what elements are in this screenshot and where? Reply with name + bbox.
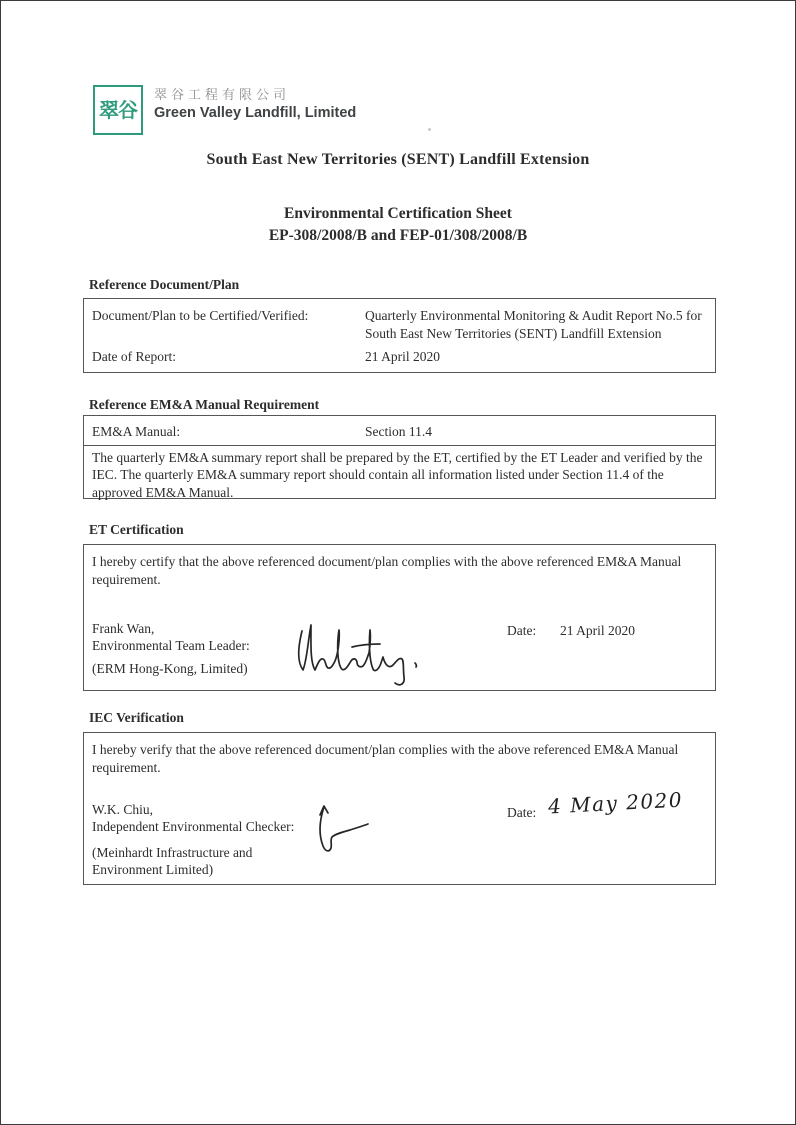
section-heading-reference-document: Reference Document/Plan <box>89 277 239 293</box>
emna-manual-value: Section 11.4 <box>365 423 707 441</box>
iec-verification-statement: I hereby verify that the above reference… <box>92 741 714 776</box>
reference-document-table: Document/Plan to be Certified/Verified: … <box>83 298 716 373</box>
company-name-en: Green Valley Landfill, Limited <box>154 104 356 123</box>
company-name-zh: 翠谷工程有限公司 <box>154 88 356 104</box>
green-valley-logo-icon: 翠谷 <box>93 85 143 135</box>
document-plan-label: Document/Plan to be Certified/Verified: <box>92 307 362 325</box>
company-logo: 翠谷 翠谷工程有限公司 Green Valley Landfill, Limit… <box>93 85 356 135</box>
permit-reference: EP-308/2008/B and FEP-01/308/2008/B <box>1 227 795 245</box>
certification-sheet-page: 翠谷 翠谷工程有限公司 Green Valley Landfill, Limit… <box>0 0 796 1125</box>
project-title: South East New Territories (SENT) Landfi… <box>1 151 795 169</box>
document-plan-value: Quarterly Environmental Monitoring & Aud… <box>365 307 707 342</box>
iec-date-value-handwritten: 4 May 2020 <box>547 787 683 818</box>
emna-requirement-text: The quarterly EM&A summary report shall … <box>92 449 709 501</box>
et-date-value: 21 April 2020 <box>560 623 635 639</box>
et-signer-title: Environmental Team Leader: <box>92 638 250 654</box>
et-certification-box: I hereby certify that the above referenc… <box>83 544 716 691</box>
section-heading-iec-verification: IEC Verification <box>89 710 184 726</box>
date-of-report-label: Date of Report: <box>92 348 362 366</box>
emna-manual-label: EM&A Manual: <box>92 423 362 441</box>
et-signer-name: Frank Wan, <box>92 621 154 637</box>
iec-signer-company-line1: (Meinhardt Infrastructure and <box>92 845 252 861</box>
iec-date-label: Date: <box>507 805 536 821</box>
iec-signer-company-line2: Environment Limited) <box>92 862 213 878</box>
emna-requirement-table: EM&A Manual: Section 11.4 The quarterly … <box>83 415 716 499</box>
et-date-label: Date: <box>507 623 536 639</box>
iec-verification-box: I hereby verify that the above reference… <box>83 732 716 885</box>
company-name-block: 翠谷工程有限公司 Green Valley Landfill, Limited <box>154 88 356 123</box>
document-title: Environmental Certification Sheet <box>1 205 795 223</box>
et-signer-company: (ERM Hong-Kong, Limited) <box>92 661 248 677</box>
iec-signer-name: W.K. Chiu, <box>92 802 153 818</box>
et-leader-signature-icon <box>294 615 434 689</box>
section-heading-et-certification: ET Certification <box>89 522 184 538</box>
et-certification-statement: I hereby certify that the above referenc… <box>92 553 692 588</box>
scan-artifact-dot <box>428 128 431 131</box>
section-heading-emna-requirement: Reference EM&A Manual Requirement <box>89 397 319 413</box>
table-row-divider <box>84 445 715 446</box>
iec-checker-signature-icon <box>310 801 376 861</box>
iec-signer-title: Independent Environmental Checker: <box>92 819 294 835</box>
date-of-report-value: 21 April 2020 <box>365 348 707 366</box>
